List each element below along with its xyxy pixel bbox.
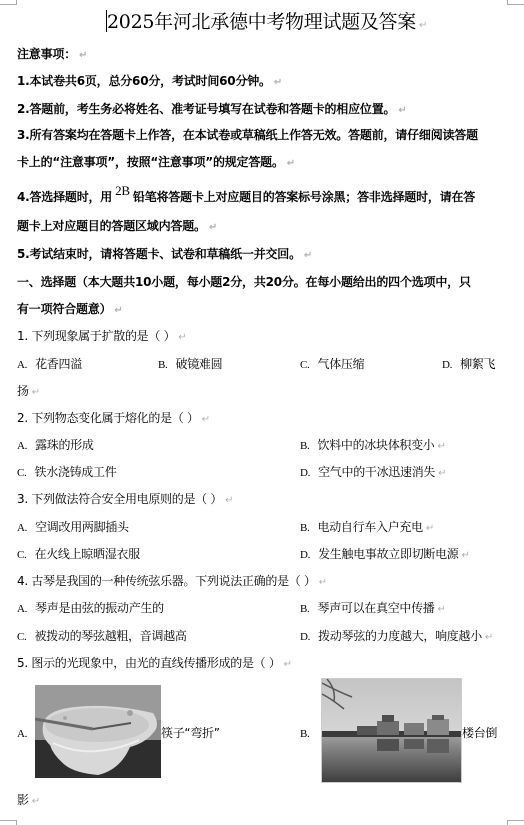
- paragraph-mark-icon: ↵: [79, 50, 87, 61]
- option-text: 空气中的干冰迅速消失: [318, 465, 435, 479]
- option-label: B.: [158, 359, 168, 371]
- notice-item-2: 2.答题前，考生务必将姓名、准考证号填写在试卷和答题卡的相应位置。↵: [17, 101, 407, 119]
- question-5-option-b-label: B.: [300, 725, 318, 742]
- option-text: 花香四溢: [35, 357, 82, 371]
- question-4-stem: 4. 古琴是我国的一种传统弦乐器。下列说法正确的是（ ）↵: [17, 573, 327, 591]
- question-stem-text: 1. 下列现象属于扩散的是（ ）: [17, 329, 175, 343]
- question-5-option-a-text: 筷子“弯折”: [161, 725, 220, 741]
- option-label: A.: [17, 603, 27, 615]
- question-4-option-c: C.被拨动的琴弦越粗，音调越高: [17, 628, 187, 645]
- question-stem-text: 3. 下列做法符合安全用电原则的是（ ）: [17, 492, 222, 506]
- paragraph-mark-icon: ↵: [438, 441, 446, 452]
- question-3-option-c: C.在火线上晾晒湿衣服: [17, 546, 140, 563]
- question-1-option-d-overflow: 扬↵: [17, 383, 40, 401]
- paragraph-mark-icon: ↵: [202, 414, 210, 425]
- option-label: A.: [17, 440, 27, 452]
- question-4-option-b: B.琴声可以在真空中传播↵: [300, 600, 446, 618]
- paragraph-mark-icon: ↵: [319, 577, 327, 588]
- paragraph-mark-icon: ↵: [304, 250, 312, 261]
- question-2-option-d: D.空气中的干冰迅速消失↵: [300, 464, 446, 482]
- option-text: 琴声可以在真空中传播: [318, 601, 435, 615]
- paragraph-mark-icon: ↵: [438, 468, 446, 479]
- question-5-stem: 5. 图示的光现象中，由光的直线传播形成的是（ ）↵: [17, 655, 292, 673]
- question-1-option-a: A.花香四溢: [17, 356, 82, 373]
- section-heading-line2: 有一项符合题意）↵: [17, 301, 123, 319]
- notice-heading: 注意事项：↵: [17, 46, 87, 64]
- notice-item-3-line1: 3.所有答案均在答题卡上作答，在本试卷或草稿纸上作答无效。答题前，请仔细阅读答题: [17, 127, 478, 143]
- question-2-option-c: C.铁水浇铸成工件: [17, 464, 116, 481]
- paragraph-mark-icon: ↵: [209, 222, 217, 233]
- notice-item-4-line2: 题卡上对应题目的答题区域内答题。↵: [17, 218, 217, 236]
- question-stem-text: 2. 下列物态变化属于熔化的是（ ）: [17, 411, 199, 425]
- paragraph-mark-icon: ↵: [32, 796, 40, 807]
- option-label: A.: [17, 359, 27, 371]
- option-label: D.: [300, 631, 310, 643]
- notice-text: 铅笔将答题卡上对应题目的答案标号涂黑；答非选择题时，请在答: [133, 190, 475, 204]
- paragraph-mark-icon: ↵: [438, 604, 446, 615]
- question-5-option-b-text: 楼台倒: [462, 725, 497, 741]
- section-heading-text: 有一项符合题意）: [17, 302, 111, 316]
- question-3-option-d: D.发生触电事故立即切断电源↵: [300, 546, 470, 564]
- option-label: D.: [442, 359, 452, 371]
- notice-text: 2.答题前，考生务必将姓名、准考证号填写在试卷和答题卡的相应位置。: [17, 102, 395, 116]
- question-2-option-b: B.饮料中的冰块体积变小↵: [300, 437, 446, 455]
- paragraph-mark-icon: ↵: [284, 659, 292, 670]
- option-text: 影: [17, 793, 29, 807]
- question-1-option-c: C.气体压缩: [300, 356, 364, 373]
- notice-text: 题卡上对应题目的答题区域内答题。: [17, 219, 206, 233]
- section-heading-text: 一、选择题（本大题共10小题，每小题2分，共20分。在每小题给出的四个选项中，只: [17, 275, 471, 289]
- option-text: 扬: [17, 384, 29, 398]
- lake-photo-illustration: [322, 679, 461, 782]
- option-text: 琴声是由弦的振动产生的: [35, 601, 164, 615]
- document-title[interactable]: 2025年河北承德中考物理试题及答案↵: [106, 10, 427, 38]
- notice-item-3-line2: 卡上的“注意事项”，按照“注意事项”的规定答题。↵: [17, 154, 295, 172]
- paragraph-mark-icon: ↵: [225, 495, 233, 506]
- page-corner-mark-top-right: [507, 0, 524, 5]
- notice-text: 卡上的“注意事项”，按照“注意事项”的规定答题。: [17, 155, 284, 169]
- paragraph-mark-icon: ↵: [485, 632, 493, 643]
- question-1-option-d: D.柳絮飞: [442, 356, 495, 373]
- notice-item-1: 1.本试卷共6页，总分60分，考试时间60分钟。↵: [17, 73, 282, 91]
- section-heading-line1: 一、选择题（本大题共10小题，每小题2分，共20分。在每小题给出的四个选项中，只: [17, 274, 471, 290]
- notice-text: 5.考试结束时，请将答题卡、试卷和草稿纸一并交回。: [17, 247, 301, 261]
- question-3-option-b: B.电动自行车入户充电↵: [300, 519, 434, 537]
- option-label: B.: [300, 728, 310, 740]
- paragraph-mark-icon: ↵: [419, 20, 427, 31]
- question-3-option-a: A.空调改用两脚插头: [17, 519, 129, 536]
- question-3-stem: 3. 下列做法符合安全用电原则的是（ ）↵: [17, 491, 233, 509]
- notice-text: 3.所有答案均在答题卡上作答，在本试卷或草稿纸上作答无效。答题前，请仔细阅读答题: [17, 128, 478, 142]
- paragraph-mark-icon: ↵: [274, 77, 282, 88]
- paragraph-mark-icon: ↵: [178, 332, 186, 343]
- option-label: C.: [17, 467, 27, 479]
- question-1-option-b: B.破镜难圆: [158, 356, 222, 373]
- option-text: 露珠的形成: [35, 438, 94, 452]
- option-label: C.: [17, 631, 27, 643]
- lakeside-buildings-reflection-photo: [321, 678, 462, 783]
- option-text: 破镜难圆: [176, 357, 223, 371]
- notice-text: 1.本试卷共6页，总分60分，考试时间60分钟。: [17, 74, 271, 88]
- paragraph-mark-icon: ↵: [287, 158, 295, 169]
- question-stem-text: 5. 图示的光现象中，由光的直线传播形成的是（ ）: [17, 656, 281, 670]
- pencil-grade-2b: 2B: [115, 183, 130, 198]
- option-text: 拨动琴弦的力度越大，响度越小: [318, 629, 482, 643]
- option-text: 楼台倒: [462, 726, 497, 740]
- option-label: C.: [17, 549, 27, 561]
- option-label: C.: [300, 359, 310, 371]
- option-text: 筷子“弯折”: [161, 726, 220, 740]
- question-4-option-a: A.琴声是由弦的振动产生的: [17, 600, 164, 617]
- option-text: 铁水浇铸成工件: [35, 465, 117, 479]
- option-text: 被拨动的琴弦越粗，音调越高: [35, 629, 187, 643]
- notice-item-5: 5.考试结束时，请将答题卡、试卷和草稿纸一并交回。↵: [17, 246, 312, 264]
- page-corner-mark-bottom-right: [507, 820, 524, 825]
- paragraph-mark-icon: ↵: [426, 523, 434, 534]
- option-label: A.: [17, 522, 27, 534]
- paragraph-mark-icon: ↵: [114, 305, 122, 316]
- notice-heading-text: 注意事项：: [17, 47, 76, 61]
- option-text: 发生触电事故立即切断电源: [318, 547, 458, 561]
- option-text: 空调改用两脚插头: [35, 520, 129, 534]
- bowl-photo-illustration: [35, 685, 161, 778]
- paragraph-mark-icon: ↵: [398, 105, 406, 116]
- page-corner-mark-top-left: [0, 0, 17, 5]
- option-label: B.: [300, 603, 310, 615]
- option-label: B.: [300, 522, 310, 534]
- page-corner-mark-bottom-left: [0, 820, 17, 825]
- question-5-option-a-label: A.: [17, 725, 35, 742]
- notice-item-4-line1: 4.答选择题时，用2B铅笔将答题卡上对应题目的答案标号涂黑；答非选择题时，请在答: [17, 189, 475, 205]
- option-text: 气体压缩: [318, 357, 365, 371]
- bowl-with-chopsticks-photo: [35, 685, 161, 778]
- title-text: 2025年河北承德中考物理试题及答案: [107, 11, 416, 33]
- question-5-option-b-overflow: 影↵: [17, 792, 40, 810]
- notice-text: 4.答选择题时，用: [17, 190, 112, 204]
- question-4-option-d: D.拨动琴弦的力度越大，响度越小↵: [300, 628, 493, 646]
- option-text: 在火线上晾晒湿衣服: [35, 547, 140, 561]
- option-text: 饮料中的冰块体积变小: [318, 438, 435, 452]
- option-label: A.: [17, 728, 27, 740]
- paragraph-mark-icon: ↵: [32, 387, 40, 398]
- paragraph-mark-icon: ↵: [462, 550, 470, 561]
- option-label: D.: [300, 549, 310, 561]
- option-label: D.: [300, 467, 310, 479]
- option-text: 电动自行车入户充电: [318, 520, 423, 534]
- question-2-option-a: A.露珠的形成: [17, 437, 94, 454]
- option-text: 柳絮飞: [460, 357, 495, 371]
- question-2-stem: 2. 下列物态变化属于熔化的是（ ）↵: [17, 410, 210, 428]
- question-1-stem: 1. 下列现象属于扩散的是（ ）↵: [17, 328, 186, 346]
- question-stem-text: 4. 古琴是我国的一种传统弦乐器。下列说法正确的是（ ）: [17, 574, 316, 588]
- option-label: B.: [300, 440, 310, 452]
